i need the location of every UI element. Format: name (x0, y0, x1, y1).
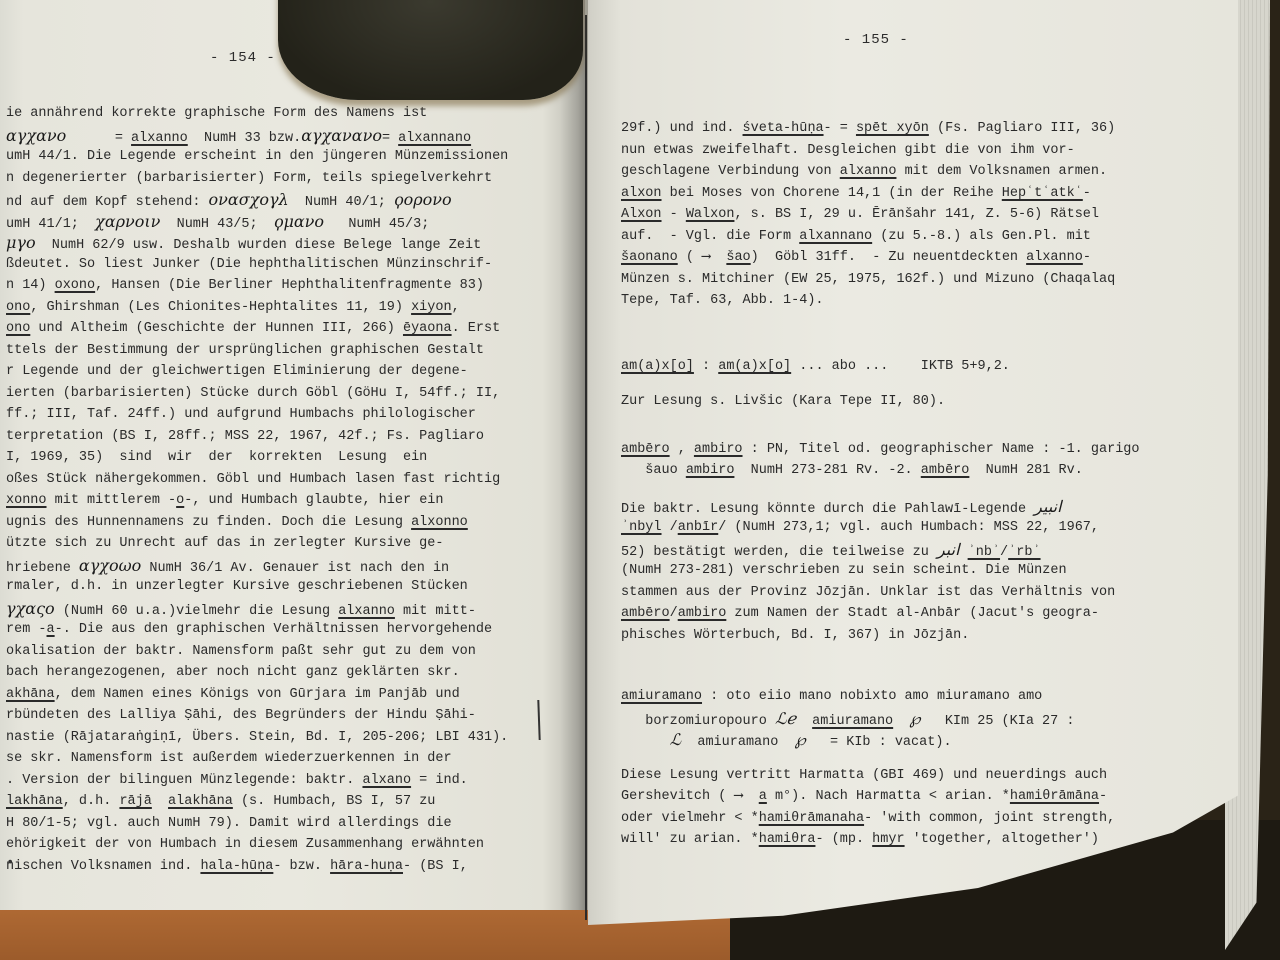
text-run: NumH 273-281 Rv. -2. (734, 463, 920, 478)
text-line: γχαςο (NumH 60 u.a.)vielmehr die Lesung … (6, 598, 508, 620)
text-line: 52) bestätigt werden, die teilweise zu ﺍ… (621, 539, 1140, 561)
text-run: NumH 62/9 usw. Deshalb wurden diese Bele… (36, 238, 482, 253)
underlined-term: amiuramano (621, 689, 702, 704)
underlined-term: alxannano (398, 131, 471, 146)
underlined-term: akhāna (6, 687, 55, 702)
underlined-term: ono (6, 321, 30, 336)
underlined-term: šao (726, 250, 750, 265)
underlined-term: xiyon (411, 300, 452, 315)
text-run (152, 794, 168, 809)
underlined-term: ʾnbyl (621, 520, 662, 535)
text-line: xonno mit mittlerem -o-, und Humbach gla… (6, 490, 508, 512)
underlined-term: alxanno (131, 131, 188, 146)
text-run: amiuramano (681, 735, 794, 750)
text-run: (NumH 60 u.a.)vielmehr die Lesung (55, 604, 339, 619)
text-run: - = (824, 121, 856, 136)
text-run: ttels der Bestimmung der ursprünglichen … (6, 343, 484, 358)
text-run: umH 44/1. Die Legende erscheint in den j… (6, 149, 508, 164)
text-run: , Hansen (Die Berliner Hephthalitenfragm… (95, 278, 484, 293)
underlined-term: ambēro (621, 442, 670, 457)
text-line: will' zu arian. *hamiθra- (mp. hmyr 'tog… (621, 829, 1140, 851)
text-run (893, 714, 909, 729)
text-run: - (1083, 186, 1091, 201)
text-run: NumH 281 Rv. (969, 463, 1082, 478)
text-run: šauo (621, 463, 686, 478)
text-line: μγο NumH 62/9 usw. Deshalb wurden diese … (6, 232, 508, 254)
text-line: hriebene αγχοωο NumH 36/1 Av. Genauer is… (6, 555, 508, 577)
text-run: / (NumH 273,1; vgl. auch Humbach: MSS 22… (718, 520, 1099, 535)
text-run: bei Moses von Chorene 14,1 (in der Reihe (662, 186, 1002, 201)
underlined-term: alakhāna (168, 794, 233, 809)
left-page-body: ie annährend korrekte graphische Form de… (6, 103, 508, 877)
text-run: und Altheim (Geschichte der Hunnen III, … (30, 321, 403, 336)
underlined-term: Hepʿtʿatkʿ (1002, 186, 1083, 201)
text-line: ugnis des Hunnennamens zu finden. Doch d… (6, 512, 508, 534)
underlined-term: oxono (55, 278, 96, 293)
underlined-term: hamiθra (759, 832, 816, 847)
text-line: H 80/1-5; vgl. auch NumH 79). Damit wird… (6, 813, 508, 835)
page-number-right: - 155 - (843, 32, 909, 48)
text-run: -, und Humbach glaubte, hier ein (184, 493, 443, 508)
text-run: / (662, 520, 678, 535)
text-run: , (452, 300, 460, 315)
script-form: αγχανο (6, 126, 66, 145)
text-run: NumH 33 bzw. (188, 131, 301, 146)
text-line: am(a)x[o] : am(a)x[o] ... abo ... IKTB 5… (621, 356, 1140, 378)
script-form: ℘ (795, 730, 806, 749)
text-line: Alxon - Walxon, s. BS I, 29 u. Ērānšahr … (621, 204, 1140, 226)
underlined-term: ambēro (921, 463, 970, 478)
text-line: terpretation (BS I, 28ff.; MSS 22, 1967,… (6, 426, 508, 448)
underlined-term: a (759, 789, 767, 804)
text-run: = KIb : vacat). (806, 735, 952, 750)
text-run: ) Göbl 31ff. - Zu neuentdeckten (751, 250, 1026, 265)
text-line: ℒ amiuramano ℘ = KIb : vacat). (621, 729, 1140, 751)
text-line: šaonano ( ⟶ šao) Göbl 31ff. - Zu neuentd… (621, 247, 1140, 269)
text-line: Gershevitch ( ⟶ a m°). Nach Harmatta < a… (621, 786, 1140, 808)
underlined-term: am(a)x[o] (718, 359, 791, 374)
text-line: auf. - Vgl. die Form alxannano (zu 5.-8.… (621, 226, 1140, 248)
script-form: ℒℯ (775, 709, 796, 728)
text-line: ehörigkeit der von Humbach in diesem Zus… (6, 834, 508, 856)
text-line: rem -a-. Die aus den graphischen Verhält… (6, 619, 508, 641)
text-run: (Fs. Pagliaro III, 36) (929, 121, 1115, 136)
text-line: ttels der Bestimmung der ursprünglichen … (6, 340, 508, 362)
text-run: rbündeten des Lalliya Ṣāhi, des Begründe… (6, 708, 476, 723)
text-run: stammen aus der Provinz Jōzjān. Unklar i… (621, 585, 1115, 600)
text-run: (zu 5.-8.) als Gen.Pl. mit (872, 229, 1091, 244)
script-form: ϙορονο (394, 190, 452, 209)
computer-mouse (278, 0, 583, 100)
underlined-term: ono (6, 300, 30, 315)
text-run: n 14) (6, 278, 55, 293)
text-run: H 80/1-5; vgl. auch NumH 79). Damit wird… (6, 816, 452, 831)
text-run: bach herangezogenen, aber noch nicht gan… (6, 665, 460, 680)
underlined-term: alxanno (338, 604, 395, 619)
underlined-term: alxano (362, 773, 411, 788)
underlined-term: alxonno (411, 515, 468, 530)
text-run: = (382, 131, 398, 146)
text-run: auf. - Vgl. die Form (621, 229, 799, 244)
text-run: / (670, 606, 678, 621)
text-run: / (1000, 545, 1008, 560)
text-run: nischen Volksnamen ind. (6, 859, 200, 874)
text-run: = ind. (411, 773, 468, 788)
text-line: ierten (barbarisierten) Stücke durch Göb… (6, 383, 508, 405)
text-line: umH 44/1. Die Legende erscheint in den j… (6, 146, 508, 168)
underlined-term: xonno (6, 493, 47, 508)
text-line: ʾnbyl /anbīr/ (NumH 273,1; vgl. auch Hum… (621, 517, 1140, 539)
text-run: nd auf dem Kopf stehend: (6, 195, 209, 210)
text-run: umH 41/1; (6, 217, 95, 232)
text-run: I, 1969, 35) sind wir der korrekten Lesu… (6, 450, 427, 465)
text-run: m°). Nach Harmatta < arian. * (767, 789, 1010, 804)
text-run: Zur Lesung s. Livšic (Kara Tepe II, 80). (621, 394, 945, 409)
text-line: alxon bei Moses von Chorene 14,1 (in der… (621, 183, 1140, 205)
text-run: - bzw. (273, 859, 330, 874)
text-run: mit mittlerem - (47, 493, 177, 508)
text-line: nun etwas zweifelhaft. Desgleichen gibt … (621, 140, 1140, 162)
text-run: se skr. Namensform ist außerdem wiederzu… (6, 751, 452, 766)
underlined-term: anbīr (678, 520, 719, 535)
text-run: 29f.) und ind. (621, 121, 743, 136)
text-run: : oto eiio mano nobixto amo miuramano am… (702, 689, 1042, 704)
text-line: se skr. Namensform ist außerdem wiederzu… (6, 748, 508, 770)
text-run: Diese Lesung vertritt Harmatta (GBI 469)… (621, 768, 1107, 783)
text-line: Die baktr. Lesung könnte durch die Pahla… (621, 496, 1140, 518)
text-line: oder vielmehr < *hamiθrāmanaha- 'with co… (621, 808, 1140, 830)
text-run: borzomiuropouro (621, 714, 775, 729)
text-run: - 'with common, joint strength, (864, 811, 1115, 826)
underlined-term: alxannano (799, 229, 872, 244)
text-run: , dem Namen eines Königs von Gūrjara im … (55, 687, 460, 702)
underlined-term: ʾnbʾ (968, 545, 1000, 560)
text-line: r Legende und der gleichwertigen Elimini… (6, 361, 508, 383)
text-run: - (1083, 250, 1091, 265)
underlined-term: ambiro (686, 463, 735, 478)
text-run (621, 735, 670, 750)
underlined-term: alxanno (1026, 250, 1083, 265)
text-run: Tepe, Taf. 63, Abb. 1-4). (621, 293, 824, 308)
text-run: rem - (6, 622, 47, 637)
text-run: Münzen s. Mitchiner (EW 25, 1975, 162f.)… (621, 272, 1115, 287)
script-form: γχαςο (6, 599, 55, 618)
underlined-term: šaonano (621, 250, 678, 265)
underlined-term: ambēro (621, 606, 670, 621)
text-run: - (mp. (815, 832, 872, 847)
text-run: 52) bestätigt werden, die teilweise zu (621, 545, 937, 560)
paragraph: ambēro , ambiro : PN, Titel od. geograph… (621, 439, 1140, 482)
text-run: ... abo ... IKTB 5+9,2. (791, 359, 1010, 374)
text-run: : PN, Titel od. geographischer Name : -1… (743, 442, 1140, 457)
text-line: ono, Ghirshman (Les Chionites-Hephtalite… (6, 297, 508, 319)
text-run: geschlagene Verbindung von (621, 164, 840, 179)
text-run: r Legende und der gleichwertigen Elimini… (6, 364, 468, 379)
text-run: zum Namen der Stadt al-Anbār (Jacut's ge… (726, 606, 1099, 621)
text-run: ie annährend korrekte graphische Form de… (6, 106, 427, 121)
text-run: , d.h. (63, 794, 120, 809)
underlined-term: am(a)x[o] (621, 359, 694, 374)
text-run: n degenerierter (barbarisierter) Form, t… (6, 171, 492, 186)
text-run: rmaler, d.h. in unzerlegter Kursive gesc… (6, 579, 468, 594)
text-run: : (694, 359, 718, 374)
script-form: ﺍﻧﺒﺮ (937, 540, 960, 559)
text-line: (NumH 273-281) verschrieben zu sein sche… (621, 560, 1140, 582)
text-run: , Ghirshman (Les Chionites-Hephtalites 1… (30, 300, 411, 315)
text-line: phisches Wörterbuch, Bd. I, 367) in Jōzj… (621, 625, 1140, 647)
text-line: Diese Lesung vertritt Harmatta (GBI 469)… (621, 765, 1140, 787)
text-run (796, 714, 812, 729)
underlined-term: alxanno (840, 164, 897, 179)
text-line: ßdeutet. So liest Junker (Die hephthalit… (6, 254, 508, 276)
underlined-term: hmyr (872, 832, 904, 847)
text-line: nastie (Rājataraṅgiṇī, Übers. Stein, Bd.… (6, 727, 508, 749)
text-line: okalisation der baktr. Namensform paßt s… (6, 641, 508, 663)
text-run: NumH 36/1 Av. Genauer ist nach den in (141, 561, 449, 576)
text-run: , s. BS I, 29 u. Ērānšahr 141, Z. 5-6) R… (734, 207, 1099, 222)
underlined-term: alxon (621, 186, 662, 201)
text-line: 29f.) und ind. śveta-hūṇa- = spēt xyōn (… (621, 118, 1140, 140)
text-line: geschlagene Verbindung von alxanno mit d… (621, 161, 1140, 183)
script-form: ℒ (670, 730, 682, 749)
underlined-term: ʾrbʾ (1008, 545, 1040, 560)
text-line: Münzen s. Mitchiner (EW 25, 1975, 162f.)… (621, 269, 1140, 291)
text-run: nastie (Rājataraṅgiṇī, Übers. Stein, Bd.… (6, 730, 508, 745)
underlined-term: rājā (119, 794, 151, 809)
underlined-term: amiuramano (812, 714, 893, 729)
left-page: - 154 - ie annährend korrekte graphische… (0, 0, 590, 910)
underlined-term: ambiro (678, 606, 727, 621)
text-run: phisches Wörterbuch, Bd. I, 367) in Jōzj… (621, 628, 969, 643)
underlined-term: Alxon (621, 207, 662, 222)
paragraph: Diese Lesung vertritt Harmatta (GBI 469)… (621, 765, 1140, 851)
text-run: oßes Stück nähergekommen. Göbl und Humba… (6, 472, 500, 487)
text-run: . Version der bilinguen Münzlegende: bak… (6, 773, 362, 788)
text-run: - (662, 207, 686, 222)
text-run: , (670, 442, 694, 457)
script-form: αγχοωο (79, 556, 141, 575)
text-line: n degenerierter (barbarisierter) Form, t… (6, 168, 508, 190)
underlined-term: hamiθrāmanaha (759, 811, 864, 826)
underlined-term: hala-hūṇa (200, 859, 273, 874)
text-line: . Version der bilinguen Münzlegende: bak… (6, 770, 508, 792)
text-run: mit mitt- (395, 604, 476, 619)
text-line: stammen aus der Provinz Jōzjān. Unklar i… (621, 582, 1140, 604)
text-line: nischen Volksnamen ind. hala-hūṇa- bzw. … (6, 856, 508, 878)
text-line: šauo ambiro NumH 273-281 Rv. -2. ambēro … (621, 460, 1140, 482)
text-run: hriebene (6, 561, 79, 576)
text-run: ugnis des Hunnennamens zu finden. Doch d… (6, 515, 411, 530)
text-run: = (66, 131, 131, 146)
text-line: ono und Altheim (Geschichte der Hunnen I… (6, 318, 508, 340)
script-form: μγο (6, 233, 36, 252)
underlined-term: śveta-hūṇa (743, 121, 824, 136)
text-run: okalisation der baktr. Namensform paßt s… (6, 644, 476, 659)
text-run: - (1099, 789, 1107, 804)
text-run: ßdeutet. So liest Junker (Die hephthalit… (6, 257, 492, 272)
text-line: ff.; III, Taf. 24ff.) und aufgrund Humba… (6, 404, 508, 426)
underlined-term: a (47, 622, 55, 637)
text-line: akhāna, dem Namen eines Königs von Gūrja… (6, 684, 508, 706)
text-line: ambēro/ambiro zum Namen der Stadt al-Anb… (621, 603, 1140, 625)
script-form: αγχανανο (301, 126, 382, 145)
underlined-term: hamiθrāmāna (1010, 789, 1099, 804)
text-run: ff.; III, Taf. 24ff.) und aufgrund Humba… (6, 407, 476, 422)
right-page-body: 29f.) und ind. śveta-hūṇa- = spēt xyōn (… (621, 102, 1140, 851)
paragraph: Zur Lesung s. Livšic (Kara Tepe II, 80). (621, 391, 1140, 413)
paragraph: 29f.) und ind. śveta-hūṇa- = spēt xyōn (… (621, 118, 1140, 312)
text-line: rmaler, d.h. in unzerlegter Kursive gesc… (6, 576, 508, 598)
gutter-shadow (560, 0, 585, 910)
text-run: terpretation (BS I, 28ff.; MSS 22, 1967,… (6, 429, 484, 444)
underlined-term: ēyaona (403, 321, 452, 336)
text-run: mit dem Volksnamen armen. (896, 164, 1107, 179)
text-run: KIm 25 (KIa 27 : (921, 714, 1075, 729)
text-line: ie annährend korrekte graphische Form de… (6, 103, 508, 125)
text-run: Gershevitch ( ⟶ (621, 789, 759, 804)
underlined-term: hāra-huṇa (330, 859, 403, 874)
script-form: ονασχογλ (209, 190, 289, 209)
page-number-left: - 154 - (210, 50, 276, 66)
script-form: χαρνοιν (95, 212, 160, 231)
text-run: ehörigkeit der von Humbach in diesem Zus… (6, 837, 484, 852)
text-run: (s. Humbach, BS I, 57 zu (233, 794, 436, 809)
right-page: - 155 - 29f.) und ind. śveta-hūṇa- = spē… (588, 0, 1238, 925)
script-form: ﺍﻧﺒﯿﺮ (1034, 497, 1061, 516)
text-run: NumH 45/3; (324, 217, 429, 232)
text-line: n 14) oxono, Hansen (Die Berliner Hephth… (6, 275, 508, 297)
underlined-term: ambiro (694, 442, 743, 457)
underlined-term: Walxon (686, 207, 735, 222)
text-run: . Erst (452, 321, 501, 336)
text-run: will' zu arian. * (621, 832, 759, 847)
underlined-term: lakhāna (6, 794, 63, 809)
text-run: ierten (barbarisierten) Stücke durch Göb… (6, 386, 500, 401)
text-run: nun etwas zweifelhaft. Desgleichen gibt … (621, 143, 1075, 158)
text-run: ( ⟶ (678, 250, 727, 265)
text-run: NumH 40/1; (289, 195, 394, 210)
text-line: Tepe, Taf. 63, Abb. 1-4). (621, 290, 1140, 312)
paragraph: am(a)x[o] : am(a)x[o] ... abo ... IKTB 5… (621, 356, 1140, 378)
text-line: ützte sich zu Unrecht auf das in zerlegt… (6, 533, 508, 555)
text-line: ambēro , ambiro : PN, Titel od. geograph… (621, 439, 1140, 461)
text-line: nd auf dem Kopf stehend: ονασχογλ NumH 4… (6, 189, 508, 211)
underlined-term: spēt xyōn (856, 121, 929, 136)
text-run: Die baktr. Lesung könnte durch die Pahla… (621, 502, 1034, 517)
margin-dot: • (6, 855, 14, 871)
script-form: ℘ (909, 709, 920, 728)
text-run: -. Die aus den graphischen Verhältnissen… (55, 622, 492, 637)
text-run: NumH 43/5; (160, 217, 273, 232)
text-line: I, 1969, 35) sind wir der korrekten Lesu… (6, 447, 508, 469)
text-line: αγχανο = alxanno NumH 33 bzw.αγχανανο= a… (6, 125, 508, 147)
text-line: amiuramano : oto eiio mano nobixto amo m… (621, 686, 1140, 708)
page-gutter-line (585, 15, 587, 920)
paragraph: Die baktr. Lesung könnte durch die Pahla… (621, 496, 1140, 647)
text-line: Zur Lesung s. Livšic (Kara Tepe II, 80). (621, 391, 1140, 413)
text-line: umH 41/1; χαρνοιν NumH 43/5; ϙμανο NumH … (6, 211, 508, 233)
paragraph: amiuramano : oto eiio mano nobixto amo m… (621, 686, 1140, 751)
text-line: lakhāna, d.h. rājā alakhāna (s. Humbach,… (6, 791, 508, 813)
text-run (960, 545, 968, 560)
text-run: - (BS I, (403, 859, 468, 874)
text-run: (NumH 273-281) verschrieben zu sein sche… (621, 563, 1067, 578)
text-line: borzomiuropouro ℒℯ amiuramano ℘ KIm 25 (… (621, 708, 1140, 730)
text-run: 'together, altogether') (905, 832, 1099, 847)
text-line: rbündeten des Lalliya Ṣāhi, des Begründe… (6, 705, 508, 727)
text-run: ützte sich zu Unrecht auf das in zerlegt… (6, 536, 443, 551)
text-run: oder vielmehr < * (621, 811, 759, 826)
text-line: bach herangezogenen, aber noch nicht gan… (6, 662, 508, 684)
script-form: ϙμανο (274, 212, 324, 231)
text-line: oßes Stück nähergekommen. Göbl und Humba… (6, 469, 508, 491)
